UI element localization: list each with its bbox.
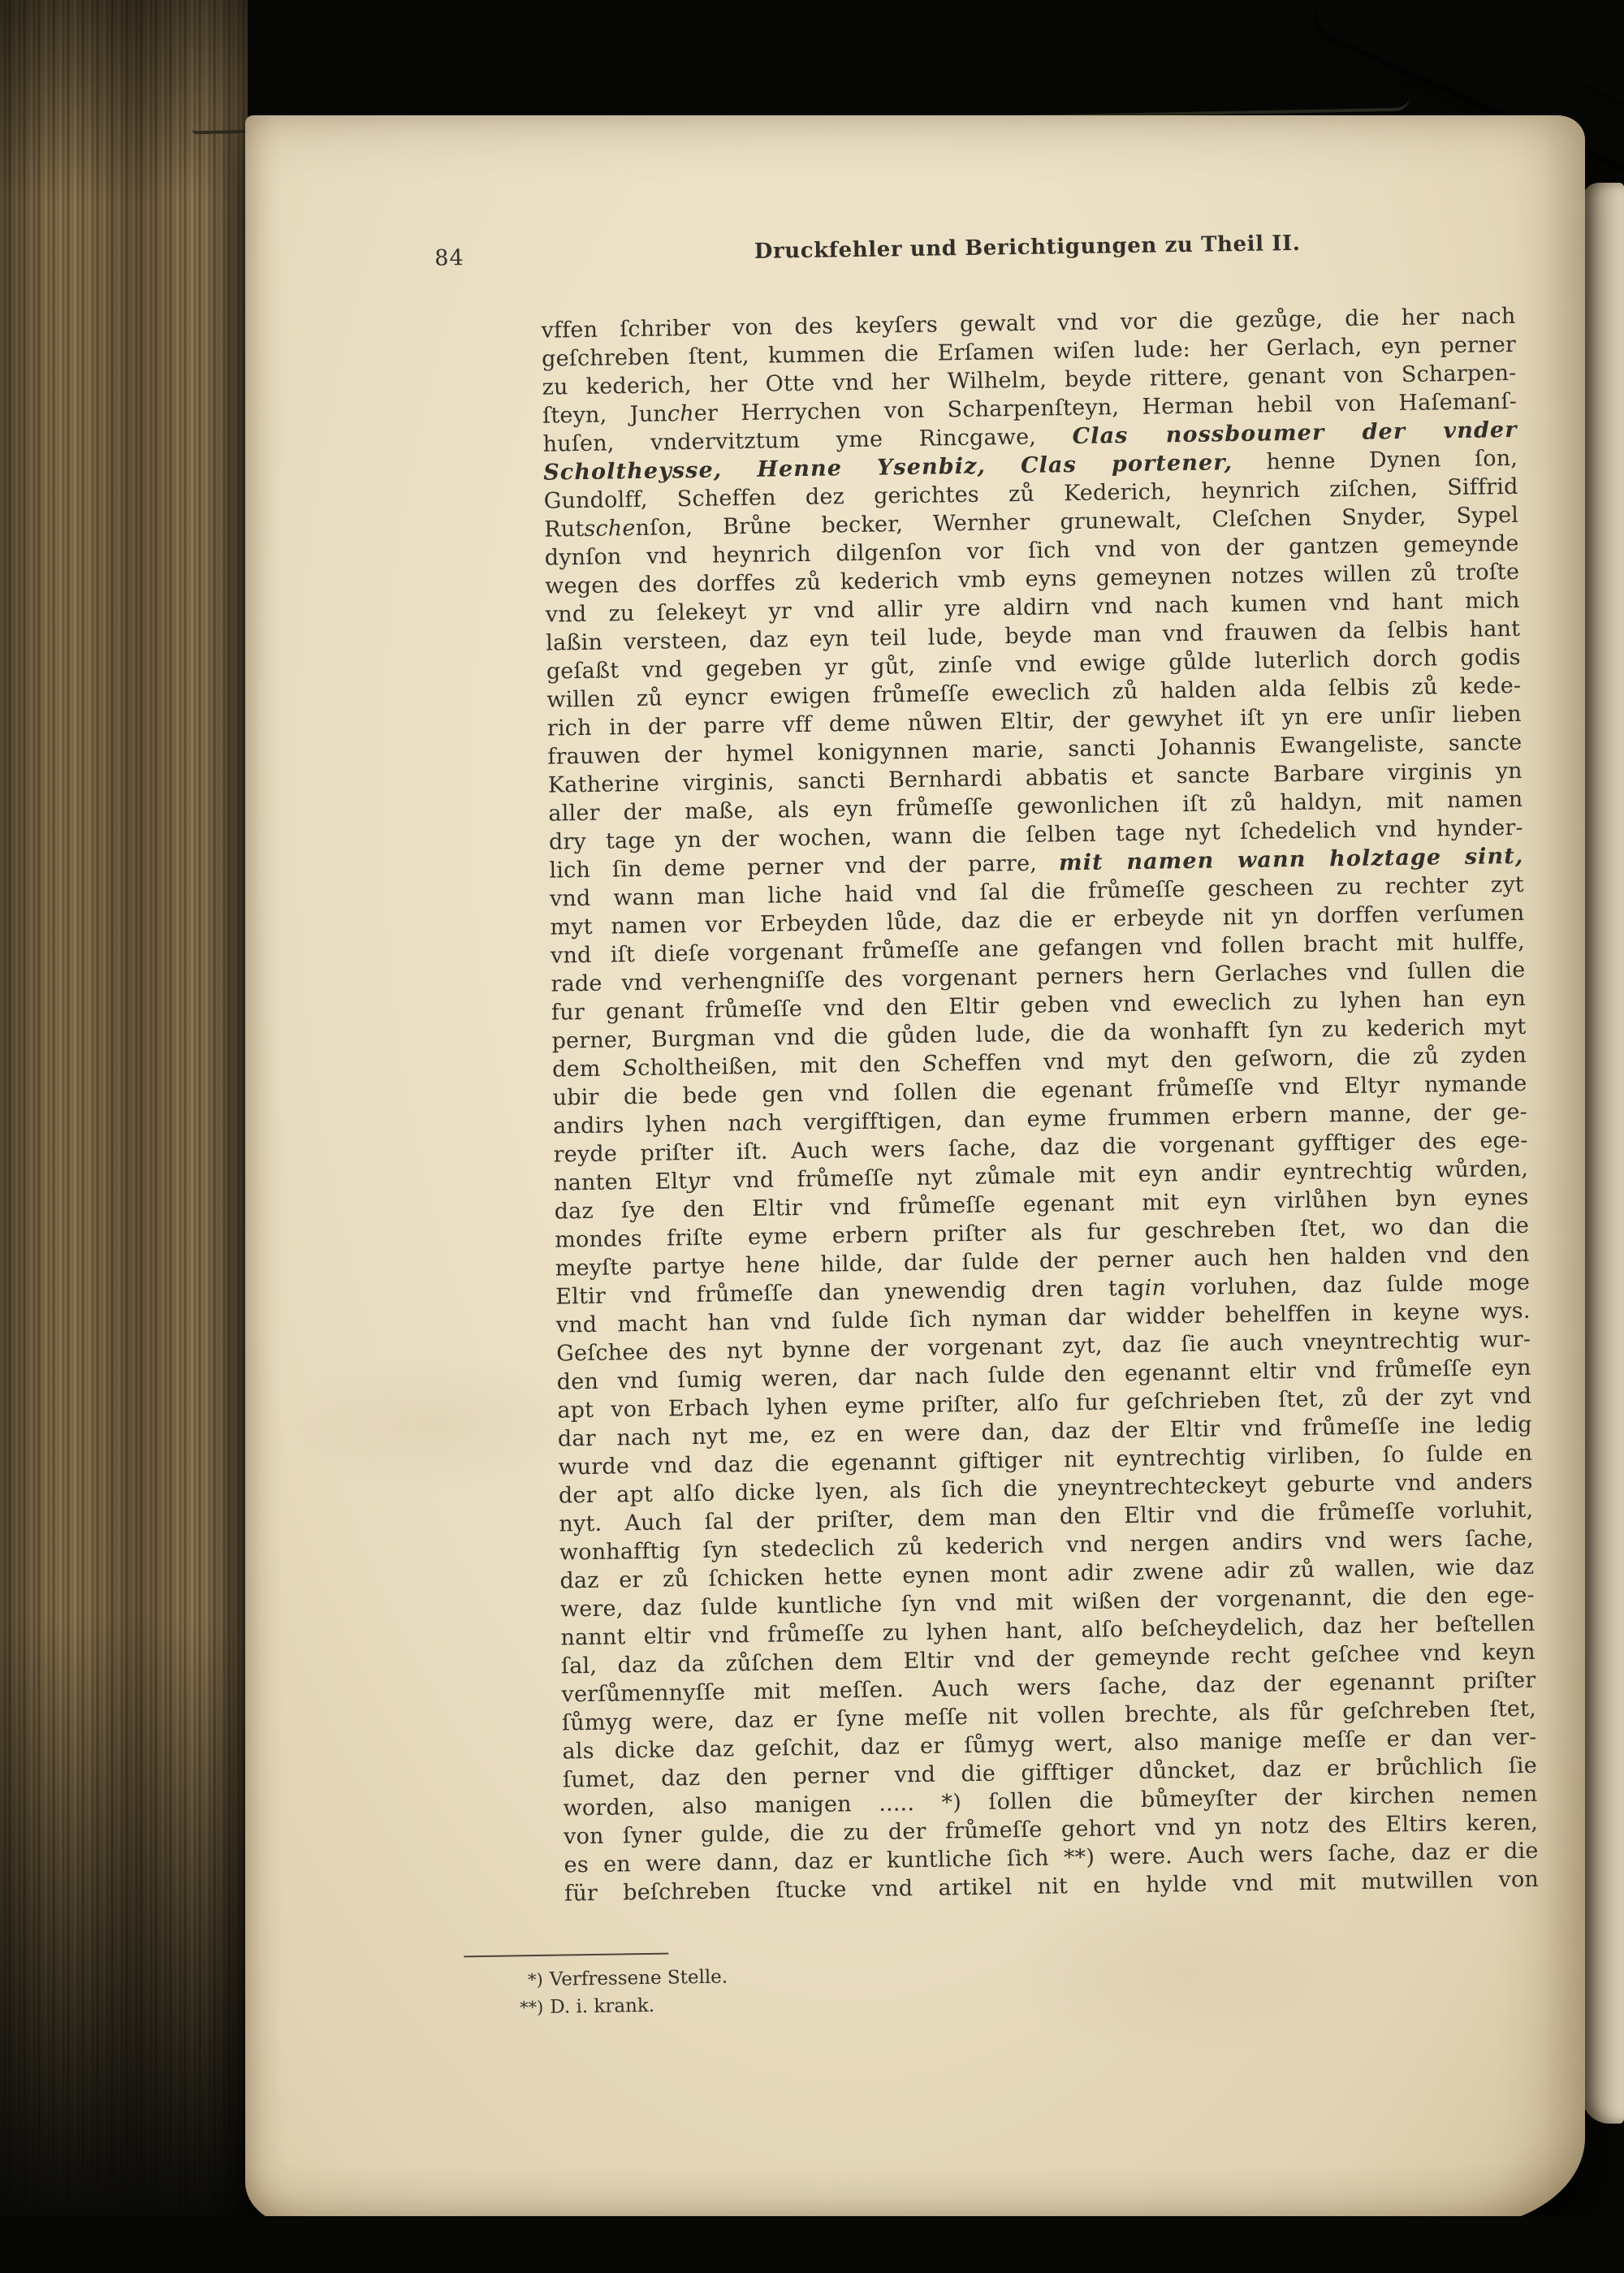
printed-content: 84 Druckfehler und Berichtigungen zu The… (230, 106, 1600, 2236)
emphasized-text-segment: e (1193, 1474, 1207, 1499)
footnote-separator-rule (464, 1953, 668, 1958)
body-text: vffen ſchriber von des keyſers gewalt vn… (541, 302, 1539, 1908)
emphasized-text-segment: ch (667, 401, 694, 426)
emphasized-text-segment: n (772, 1252, 787, 1277)
text-segment: Rut (544, 516, 585, 542)
text-segment: nanten Elt (554, 1169, 688, 1195)
running-title: Druckfehler und Berichtigungen zu Theil … (540, 228, 1514, 267)
footnote-text: D. i. krank. (550, 1995, 654, 2018)
emphasized-text-segment: a (742, 1111, 756, 1136)
text-segment: meyſte partye he (555, 1253, 773, 1281)
book-photo-scene: 84 Druckfehler und Berichtigungen zu The… (0, 0, 1624, 2273)
emphasized-text-segment: y (687, 1169, 700, 1194)
page-number: 84 (434, 245, 464, 271)
footnotes: *)Verfressene Stelle.**)D. i. krank. (500, 1964, 728, 2022)
text-segment: dem (552, 1056, 623, 1082)
text-segment: vorluhen, daz ſulde moge (1166, 1270, 1530, 1301)
text-segment: ſteyn, Jun (542, 401, 667, 428)
footnote: *)Verfressene Stelle. (500, 1964, 728, 1994)
book-page: 84 Druckfehler und Berichtigungen zu The… (245, 115, 1585, 2227)
emphasized-text-segment: in (1144, 1275, 1166, 1300)
footnote: **)D. i. krank. (501, 1991, 728, 2022)
text-segment: henne Dynen ſon, (1233, 446, 1518, 475)
emphasized-text-segment: sche (584, 516, 636, 542)
background-shadow (0, 2216, 1624, 2273)
footnote-marker: *) (500, 1966, 549, 1994)
emphasized-text-segment: S (622, 1056, 637, 1081)
footnote-text: Verfressene Stelle. (550, 1967, 728, 1990)
emphasized-text-segment: S (922, 1052, 938, 1077)
text-segment: ckeyt geburte vnd anders (1206, 1469, 1533, 1499)
text-segment: choltheißen, mit den (637, 1052, 922, 1081)
footnote-marker: **) (501, 1994, 550, 2022)
text-segment: andirs lyhen n (553, 1111, 742, 1139)
